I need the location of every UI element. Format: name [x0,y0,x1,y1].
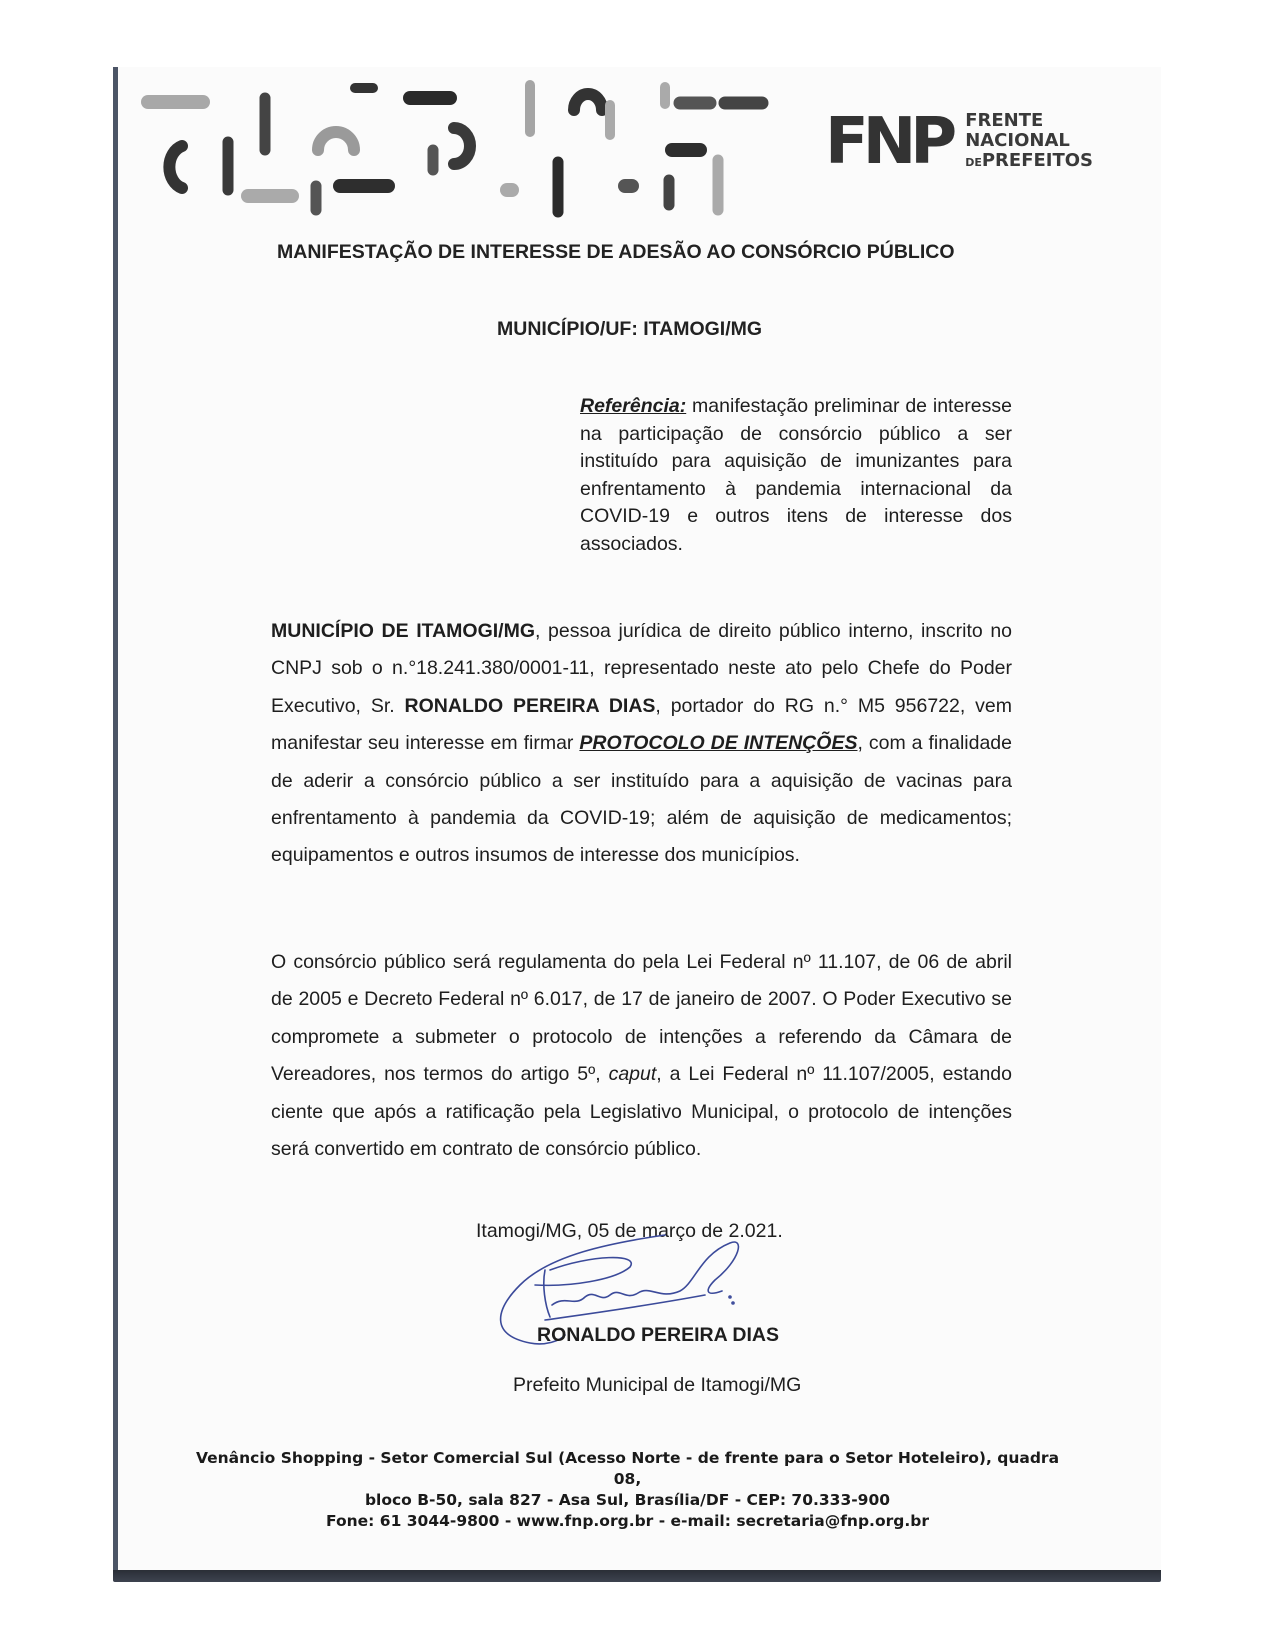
document-title: MANIFESTAÇÃO DE INTERESSE DE ADESÃO AO C… [277,241,955,264]
footer-line-contact: Fone: 61 3044-9800 - www.fnp.org.br - e-… [180,1511,1075,1532]
fnp-logo: FNP FRENTE NACIONAL DEPREFEITOS [825,110,1093,174]
footer-line-address: Venâncio Shopping - Setor Comercial Sul … [180,1448,1075,1490]
reference-label: Referência: [580,395,686,417]
paragraph-manifestation: MUNICÍPIO DE ITAMOGI/MG, pessoa jurídica… [271,613,1012,875]
reference-block: Referência: manifestação preliminar de i… [580,393,1012,559]
fnp-logo-text: FRENTE NACIONAL DEPREFEITOS [965,111,1093,173]
reference-text: manifestação preliminar de interesse na … [580,395,1012,555]
signatory-role: Prefeito Municipal de Itamogi/MG [513,1374,801,1397]
paragraph-regulation: O consórcio público será regulamenta do … [271,944,1012,1168]
footer-line-address-2: bloco B-50, sala 827 - Asa Sul, Brasília… [180,1490,1075,1511]
signatory-name: RONALDO PEREIRA DIAS [537,1324,779,1347]
page-bottom-edge [113,1570,1161,1582]
municipio-uf: MUNICÍPIO/UF: ITAMOGI/MG [497,318,762,341]
footer-address: Venâncio Shopping - Setor Comercial Sul … [180,1448,1075,1532]
fnp-logo-mark: FNP [825,110,951,174]
